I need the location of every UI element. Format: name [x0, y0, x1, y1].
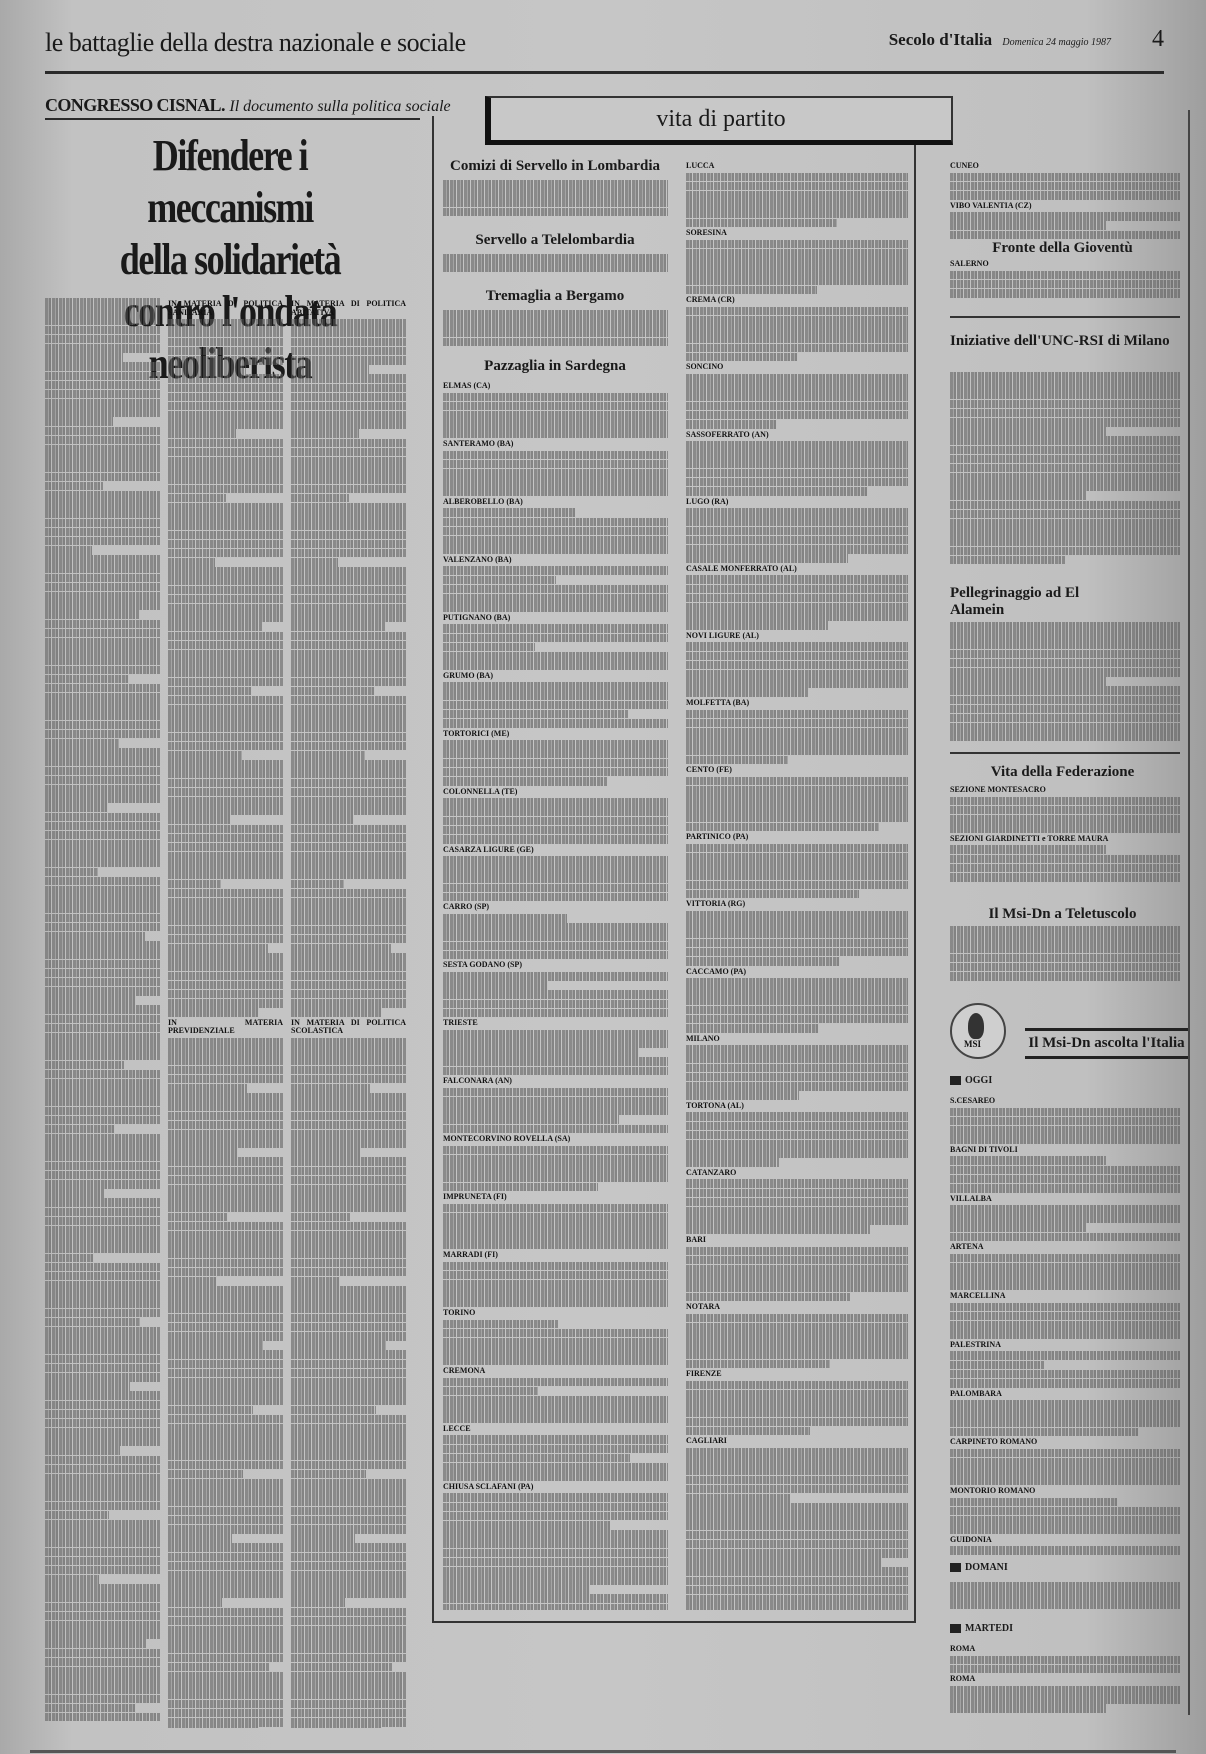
text-line [686, 996, 908, 1005]
text-line [168, 806, 283, 815]
text-line [950, 1476, 1180, 1485]
text-line [443, 1106, 668, 1115]
text-line [950, 815, 1180, 824]
text-line [686, 1293, 850, 1302]
text-line [291, 815, 354, 824]
text-line [291, 338, 406, 347]
text-line [45, 1382, 130, 1391]
text-line [443, 536, 668, 545]
text-line [168, 852, 283, 861]
text-line [950, 455, 1180, 464]
text-line [291, 448, 406, 457]
entry-leadin: TORTONA (AL) [686, 1102, 908, 1111]
text-line [291, 705, 406, 714]
text-line [291, 1167, 406, 1176]
section-body [443, 254, 668, 274]
text-line [45, 555, 160, 564]
text-line [291, 604, 406, 613]
text-line [45, 326, 160, 335]
text-line [686, 1024, 819, 1033]
text-line [686, 1140, 908, 1149]
text-line [291, 1323, 406, 1332]
text-line [291, 1056, 406, 1065]
text-line [686, 173, 908, 182]
text-line [686, 420, 777, 429]
text-line [45, 1676, 160, 1685]
text-line [443, 1271, 668, 1280]
entry-leadin: NOTARA [686, 1303, 908, 1312]
text-line [45, 831, 160, 840]
text-line [443, 469, 668, 478]
right-top-entries: CUNEOVIBO VALENTIA (CZ) [950, 160, 1180, 240]
text-line [291, 1249, 406, 1258]
text-line [950, 1582, 1180, 1591]
text-line [45, 941, 160, 950]
text-line [168, 420, 283, 429]
text-line [686, 1418, 908, 1427]
text-line [443, 1530, 668, 1539]
text-line [45, 1051, 160, 1060]
text-line [950, 873, 1180, 882]
text-line [686, 1045, 908, 1054]
text-line [45, 1189, 104, 1198]
text-line [168, 1268, 283, 1277]
text-line [168, 374, 283, 383]
text-line [686, 844, 908, 853]
text-line [168, 723, 283, 732]
text-line [443, 566, 668, 575]
entry-leadin: IN MATERIA DI POLITICA SCOLASTICA [291, 1019, 406, 1036]
text-line [168, 1488, 283, 1497]
text-line [168, 659, 283, 668]
text-line [291, 622, 385, 631]
section-heading: Tremaglia a Bergamo [440, 288, 670, 305]
text-line [45, 702, 160, 711]
text-line [686, 777, 908, 786]
entry-leadin: IMPRUNETA (FI) [443, 1193, 668, 1202]
text-line [686, 1265, 908, 1274]
text-line [168, 1185, 283, 1194]
text-line [168, 1617, 283, 1626]
text-line [950, 372, 1180, 381]
text-line [45, 436, 160, 445]
text-line [950, 935, 1180, 944]
text-line [45, 408, 160, 417]
text-line [443, 402, 668, 411]
text-line [686, 1247, 908, 1256]
text-line [291, 1378, 406, 1387]
text-line [45, 757, 160, 766]
text-line [950, 668, 1180, 677]
text-line [45, 895, 160, 904]
entry-leadin: ARTENA [950, 1243, 1180, 1252]
text-line [168, 1360, 283, 1369]
text-line [45, 491, 160, 500]
text-line [686, 240, 908, 249]
text-line [291, 1617, 406, 1626]
text-line [443, 1009, 668, 1018]
text-line [443, 420, 668, 429]
text-line [291, 1543, 406, 1552]
text-line [45, 1621, 160, 1630]
text-line [45, 546, 92, 555]
text-line [950, 631, 1180, 640]
text-line [45, 537, 160, 546]
text-line [686, 536, 908, 545]
entry-leadin: SEZIONE MONTESACRO [950, 786, 1180, 795]
text-line [291, 825, 406, 834]
text-line [291, 1681, 406, 1690]
text-line [686, 1558, 881, 1567]
text-line [443, 263, 668, 272]
text-line [45, 1630, 160, 1639]
text-line [686, 209, 908, 218]
text-line [950, 473, 1180, 482]
text-line [168, 714, 283, 723]
text-line [291, 916, 406, 925]
text-line [443, 478, 668, 487]
text-line [168, 1148, 237, 1157]
text-line [686, 670, 908, 679]
text-line [168, 1112, 283, 1121]
text-line [686, 191, 908, 200]
text-line [443, 1213, 668, 1222]
text-line [686, 554, 848, 563]
entry-leadin: MILANO [686, 1035, 908, 1044]
text-line [168, 1663, 269, 1672]
text-line [45, 978, 160, 987]
text-line [45, 904, 160, 913]
text-line [168, 1700, 283, 1709]
text-line [291, 907, 406, 916]
day-label-domani: DOMANI [950, 1562, 1008, 1573]
text-line [291, 1093, 406, 1102]
masthead-title: Secolo d'Italia [889, 30, 992, 49]
text-line [291, 356, 406, 365]
text-line [168, 586, 283, 595]
text-line [168, 1553, 283, 1562]
martedi-listings: ROMAROMA [950, 1643, 1180, 1713]
text-line [686, 890, 859, 899]
text-line [168, 1589, 283, 1598]
text-line [443, 1204, 668, 1213]
text-line [168, 742, 283, 751]
text-line [168, 558, 215, 567]
text-line [168, 503, 283, 512]
text-line [45, 1584, 160, 1593]
text-line [291, 852, 406, 861]
text-line [168, 999, 283, 1008]
text-line [950, 845, 1106, 854]
text-line [443, 661, 668, 670]
text-line [291, 1222, 406, 1231]
text-line [168, 576, 283, 585]
square-bullet-icon [950, 1076, 961, 1085]
section-heading: Servello a Telelombardia [440, 232, 670, 249]
text-line [45, 1097, 160, 1106]
text-line [168, 1231, 283, 1240]
text-line [45, 1217, 160, 1226]
text-line [443, 1048, 639, 1057]
text-line [168, 1516, 283, 1525]
text-line [950, 650, 1180, 659]
text-line [45, 730, 160, 739]
text-line [45, 1033, 160, 1042]
text-line [443, 393, 668, 402]
text-line [686, 1408, 908, 1417]
text-line [168, 384, 283, 393]
text-line [443, 1414, 668, 1423]
text-line [950, 1361, 1044, 1370]
text-line [686, 1179, 908, 1188]
text-line [45, 1364, 160, 1373]
text-line [45, 1437, 160, 1446]
text-line [168, 1047, 283, 1056]
federazione-heading: Vita della Federazione [945, 764, 1180, 781]
text-line [950, 191, 1180, 200]
text-line [45, 868, 98, 877]
text-line [443, 585, 668, 594]
text-line [45, 592, 160, 601]
text-line [443, 798, 668, 807]
text-line [686, 920, 908, 929]
text-line [950, 723, 1180, 732]
text-line [686, 450, 908, 459]
entry-leadin: IN MATERIA DI POLITICA SANITARIA [168, 300, 283, 317]
text-line [686, 182, 908, 191]
text-line [443, 1088, 668, 1097]
text-line [950, 926, 1180, 935]
text-line [686, 1466, 908, 1475]
text-line [950, 954, 1180, 963]
text-line [686, 353, 797, 362]
text-line [45, 399, 160, 408]
text-line [45, 1492, 160, 1501]
text-line [291, 494, 349, 503]
text-line [686, 1225, 870, 1234]
text-line [443, 1039, 668, 1048]
text-line [950, 686, 1180, 695]
text-line [45, 1428, 160, 1437]
entry-leadin: ALBEROBELLO (BA) [443, 498, 668, 507]
text-line [291, 834, 406, 843]
text-line [291, 687, 375, 696]
entry-leadin: VILLALBA [950, 1195, 1180, 1204]
text-line [443, 768, 668, 777]
text-line [686, 1054, 908, 1063]
text-line [443, 634, 668, 643]
text-line [443, 1493, 668, 1502]
text-line [443, 1262, 668, 1271]
text-line [686, 1567, 908, 1576]
text-line [443, 1503, 668, 1512]
text-line [291, 1075, 406, 1084]
text-line [45, 794, 160, 803]
text-line [686, 642, 908, 651]
text-line [168, 1451, 283, 1460]
text-line [443, 576, 556, 585]
text-line [45, 519, 160, 528]
text-line [168, 393, 283, 402]
text-line [45, 1015, 160, 1024]
entry-leadin: SEZIONI GIARDINETTI e TORRE MAURA [950, 835, 1180, 844]
text-line [45, 1538, 160, 1547]
text-line [950, 640, 1180, 649]
text-line [168, 889, 283, 898]
text-line [950, 1467, 1180, 1476]
entry-leadin: CREMONA [443, 1367, 668, 1376]
text-line [168, 328, 283, 337]
text-line [45, 1309, 160, 1318]
text-line [168, 448, 283, 457]
text-line [291, 1360, 406, 1369]
text-line [168, 926, 283, 935]
entry-leadin: PALESTRINA [950, 1341, 1180, 1350]
text-line [291, 1259, 406, 1268]
text-line [291, 935, 406, 944]
square-bullet-icon [950, 1624, 961, 1633]
text-line [686, 441, 908, 450]
text-line [291, 1047, 406, 1056]
text-line [291, 1451, 406, 1460]
text-line [443, 411, 668, 420]
text-line [443, 208, 668, 217]
text-line [950, 390, 1180, 399]
text-line [950, 1117, 1180, 1126]
text-line [45, 583, 160, 592]
text-line [950, 482, 1180, 491]
text-line [291, 723, 406, 732]
text-line [168, 898, 283, 907]
text-line [443, 643, 535, 652]
text-line [291, 1121, 406, 1130]
text-line [291, 1534, 355, 1543]
text-line [443, 518, 668, 527]
text-line [291, 898, 406, 907]
text-line [686, 652, 908, 661]
text-line [291, 1332, 406, 1341]
text-line [443, 527, 668, 536]
text-line [443, 1115, 619, 1124]
text-line [45, 1263, 160, 1272]
text-line [45, 1612, 160, 1621]
text-line [291, 981, 406, 990]
text-line [950, 1312, 1180, 1321]
oggi-listings: S.CESAREOBAGNI DI TIVOLIVILLALBAARTENAMA… [950, 1095, 1180, 1555]
text-line [950, 231, 1180, 240]
text-line [168, 870, 283, 879]
text-line [950, 714, 1180, 723]
text-line [45, 656, 160, 665]
text-line [443, 1146, 668, 1155]
text-line [291, 1194, 406, 1203]
text-line [686, 1198, 908, 1207]
text-line [168, 1332, 283, 1341]
text-line [168, 1718, 283, 1727]
text-line [686, 1256, 908, 1265]
text-line [291, 659, 406, 668]
entry-leadin: COLONNELLA (TE) [443, 788, 668, 797]
text-line [686, 929, 908, 938]
text-line [168, 1341, 263, 1350]
text-line [168, 1222, 283, 1231]
text-line [45, 1254, 93, 1263]
text-line [950, 1166, 1180, 1175]
text-line [45, 858, 160, 867]
entry-leadin: BARI [686, 1236, 908, 1245]
text-line [291, 457, 406, 466]
text-line [443, 1298, 668, 1307]
text-line [443, 1396, 668, 1405]
text-line [45, 803, 108, 812]
text-line [950, 182, 1180, 191]
text-line [168, 1433, 283, 1442]
text-line [443, 451, 668, 460]
text-line [443, 942, 668, 951]
text-line [45, 1272, 160, 1281]
text-line [950, 1409, 1180, 1418]
text-line [168, 1580, 283, 1589]
text-line [45, 1446, 120, 1455]
text-line [686, 1314, 908, 1323]
text-line [45, 1042, 160, 1051]
text-line [291, 751, 365, 760]
text-line [291, 1213, 350, 1222]
text-line [291, 1654, 406, 1663]
text-line [291, 1277, 339, 1286]
text-line [950, 436, 1180, 445]
text-line [291, 475, 406, 484]
text-line [168, 678, 283, 687]
text-line [168, 531, 283, 540]
text-line [443, 923, 668, 932]
text-line [168, 1249, 283, 1258]
text-line [291, 696, 406, 705]
text-line [686, 957, 839, 966]
text-line [45, 675, 129, 684]
entry-leadin: GUIDONIA [950, 1536, 1180, 1545]
text-line [291, 797, 406, 806]
entry-leadin: SORESINA [686, 229, 908, 238]
text-line [950, 1704, 1106, 1713]
text-line [291, 1406, 376, 1415]
text-line [45, 1575, 99, 1584]
text-line [686, 881, 908, 890]
text-line [168, 1213, 227, 1222]
text-line [291, 613, 406, 622]
domani-listings [950, 1582, 1180, 1612]
text-line [45, 1391, 160, 1400]
text-line [686, 746, 908, 755]
text-line [168, 356, 283, 365]
text-line [168, 429, 236, 438]
text-line [686, 316, 908, 325]
text-line [950, 1108, 1180, 1117]
text-line [291, 1497, 406, 1506]
text-line [168, 1056, 283, 1065]
text-line [291, 1461, 406, 1470]
text-line [168, 733, 283, 742]
text-line [168, 1102, 283, 1111]
text-line [168, 1562, 283, 1571]
text-line [443, 429, 668, 438]
text-line [45, 1070, 160, 1079]
entry-leadin: TORINO [443, 1309, 668, 1318]
text-line [686, 1006, 908, 1015]
text-line [443, 1454, 630, 1463]
text-line [45, 822, 160, 831]
text-line [45, 1502, 160, 1511]
